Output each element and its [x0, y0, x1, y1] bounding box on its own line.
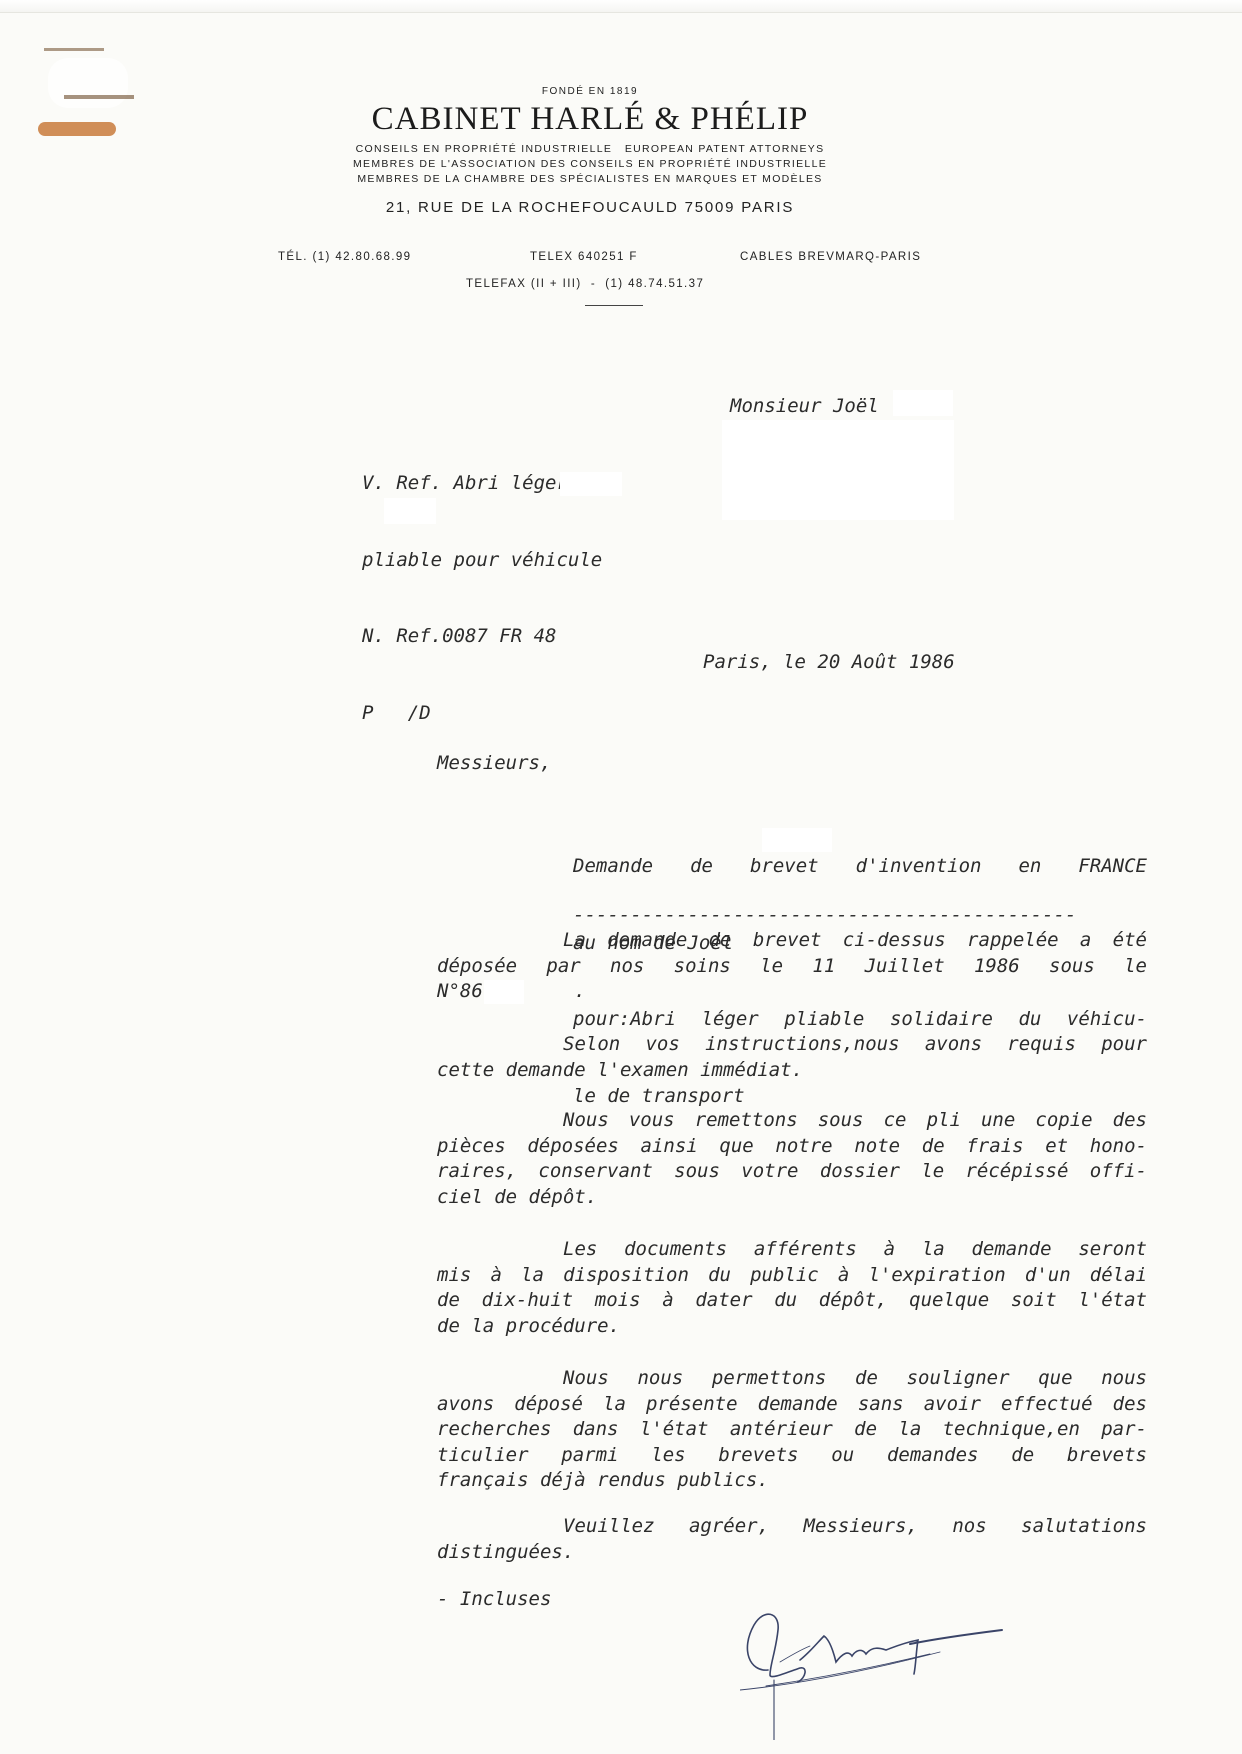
redaction — [484, 980, 524, 1004]
reference-line: N. Ref.0087 FR 48 — [362, 624, 602, 650]
reference-block: V. Ref. Abri léger pliable pour véhicule… — [362, 420, 602, 752]
redaction — [384, 498, 436, 524]
cables: CABLES BREVMARQ-PARIS — [740, 251, 921, 263]
subject-line: Demande de brevet d'invention en FRANCE — [573, 854, 1147, 880]
paragraph-enclosures: Nous vous remettons sous ce pli une copi… — [437, 1108, 1147, 1210]
paragraph-examination: Selon vos instructions,nous avons requis… — [437, 1032, 1147, 1083]
firm-name: CABINET HARLÉ & PHÉLIP — [240, 101, 940, 138]
tagline: CONSEILS EN PROPRIÉTÉ INDUSTRIELLE EUROP… — [240, 142, 940, 157]
tagline: MEMBRES DE L'ASSOCIATION DES CONSEILS EN… — [240, 157, 940, 172]
tagline: MEMBRES DE LA CHAMBRE DES SPÉCIALISTES E… — [240, 172, 940, 187]
letter-date: Paris, le 20 Août 1986 — [703, 651, 955, 673]
recipient-address-redaction — [722, 420, 954, 520]
subject-separator: ----------------------------------------… — [573, 904, 1076, 926]
firm-address: 21, RUE DE LA ROCHEFOUCAULD 75009 PARIS — [240, 199, 940, 216]
recipient-name: Monsieur Joël — [730, 395, 879, 417]
redaction — [560, 472, 622, 496]
founded-year: FONDÉ EN 1819 — [240, 86, 940, 97]
staple-rust-mark — [34, 40, 124, 140]
signature-icon — [740, 1590, 1120, 1740]
telex: TELEX 640251 F — [530, 251, 638, 263]
reference-line: P /D — [362, 701, 602, 727]
redaction — [893, 390, 953, 416]
telephone: TÉL. (1) 42.80.68.99 — [278, 251, 411, 263]
salutation: Messieurs, — [437, 752, 551, 774]
letterhead: FONDÉ EN 1819 CABINET HARLÉ & PHÉLIP CON… — [240, 86, 940, 216]
subject-line: le de transport — [573, 1084, 1147, 1110]
page-top-edge — [0, 0, 1242, 13]
enclosures-note: - Incluses — [437, 1588, 551, 1610]
paragraph-publication: Les documents afférents à la demande ser… — [437, 1237, 1147, 1339]
paragraph-prior-art: Nous nous permettons de souligner que no… — [437, 1366, 1147, 1494]
subject-line: pour:Abri léger pliable solidaire du véh… — [573, 1007, 1147, 1033]
header-divider — [585, 305, 643, 306]
paragraph-filing: La demande de brevet ci-dessus rappelée … — [437, 928, 1147, 1005]
redaction — [762, 828, 832, 852]
reference-line: pliable pour véhicule — [362, 548, 602, 574]
telefax: TELEFAX (II + III) - (1) 48.74.51.37 — [466, 278, 704, 290]
paragraph-closing: Veuillez agréer, Messieurs, nos salutati… — [437, 1514, 1147, 1565]
